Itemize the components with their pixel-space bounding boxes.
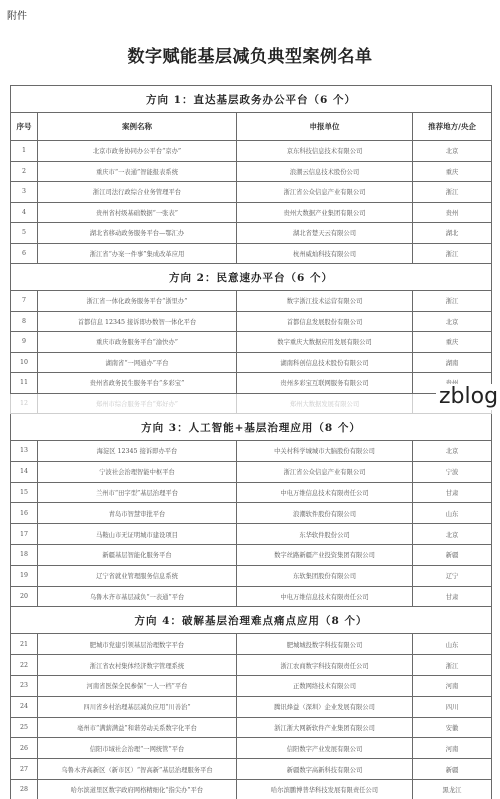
cell-seq: 18 xyxy=(11,544,38,565)
attachment-label: 附件 xyxy=(7,7,27,22)
cell-case-name: 重庆市“一表通”智能报表系统 xyxy=(38,161,237,182)
cell-case-name: 辽宁省就业管理服务信息系统 xyxy=(38,565,237,586)
cell-seq: 25 xyxy=(11,717,38,738)
cell-seq: 12 xyxy=(11,393,38,414)
cell-region: 浙江 xyxy=(413,243,492,264)
cell-seq: 17 xyxy=(11,524,38,545)
cell-unit: 湖南科创信息技术股份有限公司 xyxy=(237,352,413,373)
section-header-3: 方向 3：人工智能+基层治理应用（8 个） xyxy=(11,414,492,441)
table-row: 23河南省医保全民参保“一人一档”平台正数网络技术有限公司河南 xyxy=(11,675,492,696)
cell-seq: 7 xyxy=(11,291,38,312)
cell-seq: 1 xyxy=(11,141,38,162)
cell-region: 四川 xyxy=(413,696,492,717)
cell-seq: 9 xyxy=(11,332,38,353)
cell-unit: 京东科技信息技术有限公司 xyxy=(237,141,413,162)
table-row: 21肥城市党建引领基层治理数字平台肥城城投数字科技有限公司山东 xyxy=(11,634,492,655)
section-title: 方向 3：人工智能+基层治理应用（8 个） xyxy=(11,414,492,441)
cell-unit: 东华软件股份公司 xyxy=(237,524,413,545)
section-header-4: 方向 4：破解基层治理难点痛点应用（8 个） xyxy=(11,607,492,634)
table-row: 26信阳市域社会治理“一网统管”平台信阳数字产业发展有限公司河南 xyxy=(11,738,492,759)
cell-case-name: 湖南省“一网通办”平台 xyxy=(38,352,237,373)
cell-region: 山东 xyxy=(413,503,492,524)
cell-case-name: 哈尔滨道里区数字政府网格精细化“指尖办”平台 xyxy=(38,779,237,799)
table-row: 25亳州市“满薪满益”和谐劳动关系数字化平台浙江浙大网新软件产业集团有限公司安徽 xyxy=(11,717,492,738)
cell-unit: 首都信息发展股份有限公司 xyxy=(237,311,413,332)
cell-seq: 16 xyxy=(11,503,38,524)
table-row: 4贵州省村级基础数据“一张表”贵州大数据产业集团有限公司贵州 xyxy=(11,202,492,223)
cell-seq: 22 xyxy=(11,655,38,676)
cell-case-name: 兰州市“田字型”基层治理平台 xyxy=(38,482,237,503)
cell-unit: 中电万维信息技术有限责任公司 xyxy=(237,482,413,503)
cell-unit: 杭州威灿科技有限公司 xyxy=(237,243,413,264)
cell-unit: 新疆数字高新科技有限公司 xyxy=(237,759,413,780)
cell-unit: 腾讯烽益（深圳）企业发展有限公司 xyxy=(237,696,413,717)
cell-case-name: 浙江司法行政综合业务管理平台 xyxy=(38,182,237,203)
cell-unit: 浙江省公众信息产业有限公司 xyxy=(237,182,413,203)
cell-case-name: 贵州省村级基础数据“一张表” xyxy=(38,202,237,223)
table-row: 11贵州省政务民生服务平台“多彩宝”贵州多彩宝互联网服务有限公司贵州 xyxy=(11,373,492,394)
cell-unit: 贵州大数据产业集团有限公司 xyxy=(237,202,413,223)
cell-seq: 20 xyxy=(11,586,38,607)
cell-case-name: 宁波社会治理智能中枢平台 xyxy=(38,461,237,482)
cell-unit: 数字丝路新疆产业投资集团有限公司 xyxy=(237,544,413,565)
cell-region: 安徽 xyxy=(413,717,492,738)
cell-seq: 2 xyxy=(11,161,38,182)
cell-region: 北京 xyxy=(413,141,492,162)
cell-seq: 23 xyxy=(11,675,38,696)
cell-seq: 13 xyxy=(11,441,38,462)
table-row: 15兰州市“田字型”基层治理平台中电万维信息技术有限责任公司甘肃 xyxy=(11,482,492,503)
table-row: 14宁波社会治理智能中枢平台浙江省公众信息产业有限公司宁波 xyxy=(11,461,492,482)
cell-seq: 19 xyxy=(11,565,38,586)
cell-unit: 信阳数字产业发展有限公司 xyxy=(237,738,413,759)
cell-region: 黑龙江 xyxy=(413,779,492,799)
cell-region: 新疆 xyxy=(413,759,492,780)
cell-seq: 11 xyxy=(11,373,38,394)
cell-unit: 肥城城投数字科技有限公司 xyxy=(237,634,413,655)
table-row: 28哈尔滨道里区数字政府网格精细化“指尖办”平台哈尔滨鹏博普华科技发展有限责任公… xyxy=(11,779,492,799)
section-title: 方向 1：直达基层政务办公平台（6 个） xyxy=(11,86,492,113)
table-row: 5湖北省移动政务服务平台—鄂汇办湖北省楚天云有限公司湖北 xyxy=(11,223,492,244)
cell-region: 浙江 xyxy=(413,291,492,312)
cell-region: 浙江 xyxy=(413,182,492,203)
cell-case-name: 贵州省政务民生服务平台“多彩宝” xyxy=(38,373,237,394)
cell-seq: 4 xyxy=(11,202,38,223)
cell-case-name: 重庆市政务服务平台“渝快办” xyxy=(38,332,237,353)
table-row: 19辽宁省就业管理服务信息系统东软集团股份有限公司辽宁 xyxy=(11,565,492,586)
cell-seq: 15 xyxy=(11,482,38,503)
cell-unit: 郑州大数据发展有限公司 xyxy=(237,393,413,414)
table-row: 17马鞍山市无证明城市建设项目东华软件股份公司北京 xyxy=(11,524,492,545)
table-row: 7浙江省一体化政务服务平台“浙里办”数字浙江技术运营有限公司浙江 xyxy=(11,291,492,312)
table-row: 1北京市政务协同办公平台“京办”京东科技信息技术有限公司北京 xyxy=(11,141,492,162)
table-row: 3浙江司法行政综合业务管理平台浙江省公众信息产业有限公司浙江 xyxy=(11,182,492,203)
cell-case-name: 湖北省移动政务服务平台—鄂汇办 xyxy=(38,223,237,244)
cell-unit: 浪潮软件股份有限公司 xyxy=(237,503,413,524)
cell-unit: 中电万维信息技术有限责任公司 xyxy=(237,586,413,607)
cell-region: 北京 xyxy=(413,524,492,545)
section-header-1: 方向 1：直达基层政务办公平台（6 个） xyxy=(11,86,492,113)
table-row: 9重庆市政务服务平台“渝快办”数字重庆大数据应用发展有限公司重庆 xyxy=(11,332,492,353)
cell-region: 贵州 xyxy=(413,202,492,223)
cell-region: 新疆 xyxy=(413,544,492,565)
cell-seq: 21 xyxy=(11,634,38,655)
cell-unit: 数字重庆大数据应用发展有限公司 xyxy=(237,332,413,353)
cell-region: 北京 xyxy=(413,311,492,332)
cell-case-name: 乌鲁木齐高新区（新市区）“智高新”基层治理服务平台 xyxy=(38,759,237,780)
cell-region: 甘肃 xyxy=(413,482,492,503)
cell-seq: 26 xyxy=(11,738,38,759)
cell-region: 河南 xyxy=(413,738,492,759)
column-header-seq: 序号 xyxy=(11,113,38,141)
table-row: 10湖南省“一网通办”平台湖南科创信息技术股份有限公司湖南 xyxy=(11,352,492,373)
cell-case-name: 浙江省“办案一件事”集成改革应用 xyxy=(38,243,237,264)
column-header-unit: 申报单位 xyxy=(237,113,413,141)
cell-case-name: 青岛市智慧审批平台 xyxy=(38,503,237,524)
section-header-2: 方向 2：民意速办平台（6 个） xyxy=(11,264,492,291)
cell-seq: 5 xyxy=(11,223,38,244)
column-header-case-name: 案例名称 xyxy=(38,113,237,141)
cell-unit: 浙江省公众信息产业有限公司 xyxy=(237,461,413,482)
table-row: 22浙江省农村集体经济数字管理系统浙江农商数字科技有限责任公司浙江 xyxy=(11,655,492,676)
cell-unit: 湖北省楚天云有限公司 xyxy=(237,223,413,244)
column-header-region: 推荐地方/央企 xyxy=(413,113,492,141)
cell-case-name: 马鞍山市无证明城市建设项目 xyxy=(38,524,237,545)
watermark: zblog xyxy=(436,384,500,410)
cell-seq: 6 xyxy=(11,243,38,264)
cell-case-name: 海淀区 12345 接诉即办平台 xyxy=(38,441,237,462)
cell-region: 河南 xyxy=(413,675,492,696)
section-title: 方向 4：破解基层治理难点痛点应用（8 个） xyxy=(11,607,492,634)
table-row: 16青岛市智慧审批平台浪潮软件股份有限公司山东 xyxy=(11,503,492,524)
cell-seq: 14 xyxy=(11,461,38,482)
column-header-row: 序号 案例名称 申报单位 推荐地方/央企 xyxy=(11,113,492,141)
cell-unit: 东软集团股份有限公司 xyxy=(237,565,413,586)
cell-case-name: 浙江省一体化政务服务平台“浙里办” xyxy=(38,291,237,312)
cell-case-name: 信阳市域社会治理“一网统管”平台 xyxy=(38,738,237,759)
cell-case-name: 亳州市“满薪满益”和谐劳动关系数字化平台 xyxy=(38,717,237,738)
cell-unit: 贵州多彩宝互联网服务有限公司 xyxy=(237,373,413,394)
cell-case-name: 乌鲁木齐市基层减负“一表通”平台 xyxy=(38,586,237,607)
cell-unit: 数字浙江技术运营有限公司 xyxy=(237,291,413,312)
cell-region: 湖南 xyxy=(413,352,492,373)
cell-seq: 27 xyxy=(11,759,38,780)
cell-unit: 中关村科学城城市大脑股份有限公司 xyxy=(237,441,413,462)
cell-unit: 正数网络技术有限公司 xyxy=(237,675,413,696)
cell-region: 宁波 xyxy=(413,461,492,482)
document-title: 数字赋能基层减负典型案例名单 xyxy=(0,42,500,67)
cell-case-name: 四川省乡村治理基层减负应用“川善治” xyxy=(38,696,237,717)
cell-region: 山东 xyxy=(413,634,492,655)
cell-case-name: 新疆基层智能化服务平台 xyxy=(38,544,237,565)
cell-region: 重庆 xyxy=(413,332,492,353)
cell-case-name: 首都信息 12345 接诉即办数智一体化平台 xyxy=(38,311,237,332)
cell-region: 重庆 xyxy=(413,161,492,182)
cell-region: 甘肃 xyxy=(413,586,492,607)
table-row: 18新疆基层智能化服务平台数字丝路新疆产业投资集团有限公司新疆 xyxy=(11,544,492,565)
cell-case-name: 郑州市综合服务平台“郑好办” xyxy=(38,393,237,414)
table-row: 12郑州市综合服务平台“郑好办”郑州大数据发展有限公司河南 xyxy=(11,393,492,414)
cell-seq: 28 xyxy=(11,779,38,799)
cell-seq: 10 xyxy=(11,352,38,373)
cell-unit: 浙江浙大网新软件产业集团有限公司 xyxy=(237,717,413,738)
table-row: 2重庆市“一表通”智能报表系统浪潮云信息技术股份公司重庆 xyxy=(11,161,492,182)
cell-seq: 8 xyxy=(11,311,38,332)
cell-seq: 3 xyxy=(11,182,38,203)
cell-seq: 24 xyxy=(11,696,38,717)
case-list-table: 方向 1：直达基层政务办公平台（6 个） 序号 案例名称 申报单位 推荐地方/央… xyxy=(10,85,492,799)
cell-region: 辽宁 xyxy=(413,565,492,586)
cell-case-name: 肥城市党建引领基层治理数字平台 xyxy=(38,634,237,655)
cell-region: 北京 xyxy=(413,441,492,462)
cell-unit: 浪潮云信息技术股份公司 xyxy=(237,161,413,182)
table-row: 20乌鲁木齐市基层减负“一表通”平台中电万维信息技术有限责任公司甘肃 xyxy=(11,586,492,607)
cell-unit: 哈尔滨鹏博普华科技发展有限责任公司 xyxy=(237,779,413,799)
section-title: 方向 2：民意速办平台（6 个） xyxy=(11,264,492,291)
cell-case-name: 河南省医保全民参保“一人一档”平台 xyxy=(38,675,237,696)
cell-region: 浙江 xyxy=(413,655,492,676)
cell-case-name: 浙江省农村集体经济数字管理系统 xyxy=(38,655,237,676)
table-row: 24四川省乡村治理基层减负应用“川善治”腾讯烽益（深圳）企业发展有限公司四川 xyxy=(11,696,492,717)
cell-unit: 浙江农商数字科技有限责任公司 xyxy=(237,655,413,676)
table-row: 27乌鲁木齐高新区（新市区）“智高新”基层治理服务平台新疆数字高新科技有限公司新… xyxy=(11,759,492,780)
table-row: 6浙江省“办案一件事”集成改革应用杭州威灿科技有限公司浙江 xyxy=(11,243,492,264)
table-row: 8首都信息 12345 接诉即办数智一体化平台首都信息发展股份有限公司北京 xyxy=(11,311,492,332)
cell-region: 湖北 xyxy=(413,223,492,244)
cell-case-name: 北京市政务协同办公平台“京办” xyxy=(38,141,237,162)
table-row: 13海淀区 12345 接诉即办平台中关村科学城城市大脑股份有限公司北京 xyxy=(11,441,492,462)
